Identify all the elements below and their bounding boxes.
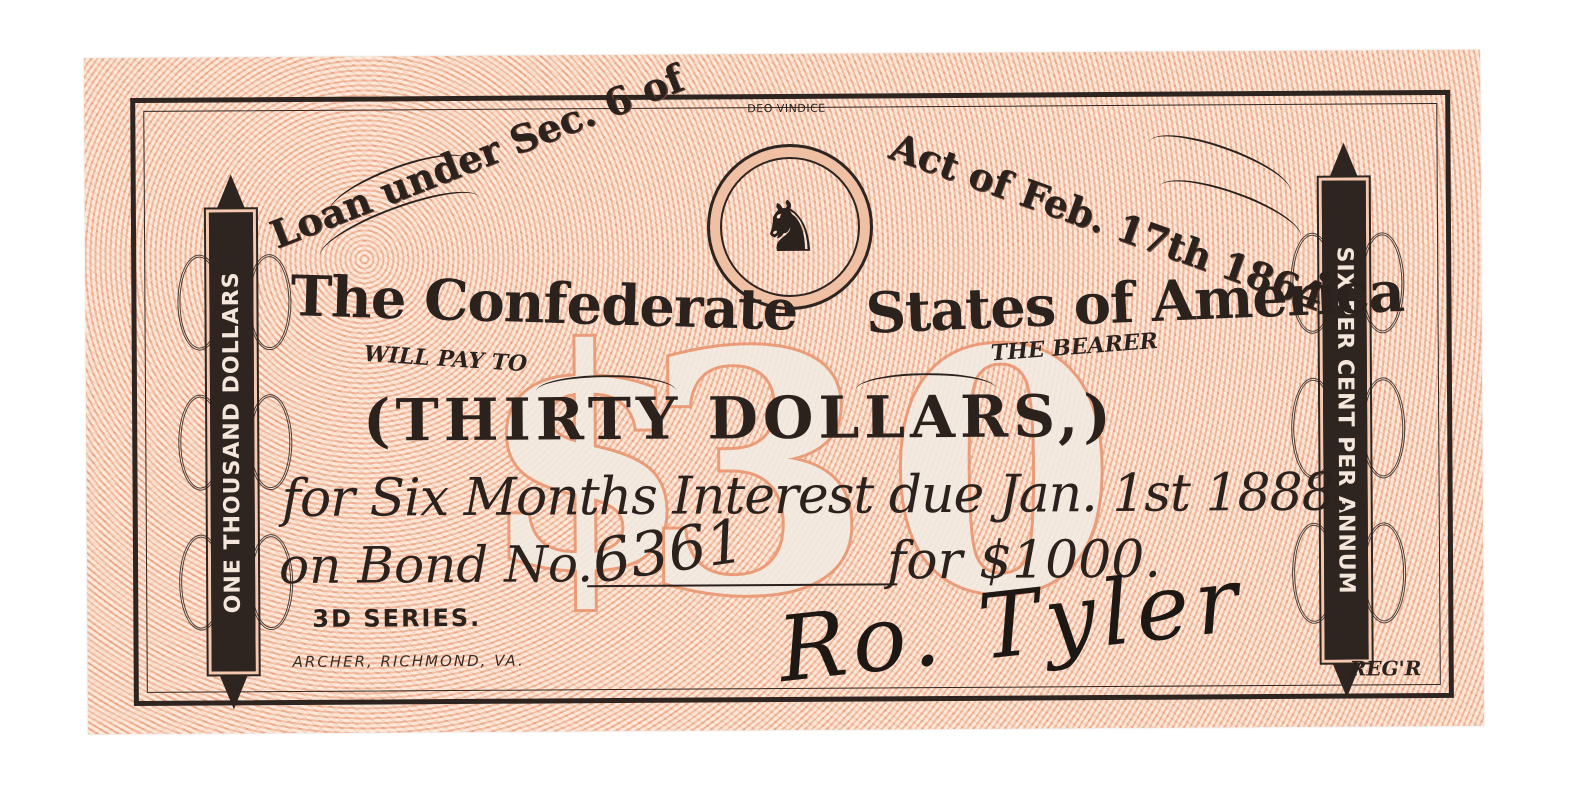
series-label: 3D SERIES. <box>312 604 481 633</box>
scroll-ornament-icon <box>179 534 224 630</box>
scroll-ornament-icon <box>1362 522 1407 623</box>
scroll-ornament-icon <box>1361 377 1406 478</box>
left-panel-text: ONE THOUSAND DOLLARS <box>219 271 246 613</box>
scroll-ornament-icon <box>178 394 223 490</box>
printer-imprint: ARCHER, RICHMOND, VA. <box>293 652 525 671</box>
equestrian-statue-icon: ♞ <box>758 192 821 262</box>
right-rate-panel: SIX PER CENT PER ANNUM <box>1322 180 1369 659</box>
finial-top-icon <box>217 174 245 208</box>
scroll-ornament-icon <box>1292 523 1337 624</box>
scroll-ornament-icon <box>247 254 292 350</box>
seal-motto: DEO VINDICE <box>747 102 825 115</box>
scroll-ornament-icon <box>177 254 222 350</box>
registrar-label: REG'R <box>1350 656 1422 680</box>
interest-due-line: for Six Months Interest due Jan. 1st 188… <box>281 463 1349 530</box>
finial-bottom-icon <box>220 675 248 709</box>
bond-coupon: $ 3 0 ONE THOUSAND DOLLARS SIX PER CENT … <box>84 50 1484 735</box>
finial-top-icon <box>1329 142 1357 176</box>
left-denomination-panel: ONE THOUSAND DOLLARS <box>209 212 256 671</box>
bond-number-label: on Bond No. <box>279 535 593 595</box>
amount-in-words: (THIRTY DOLLARS,) <box>363 382 1116 455</box>
